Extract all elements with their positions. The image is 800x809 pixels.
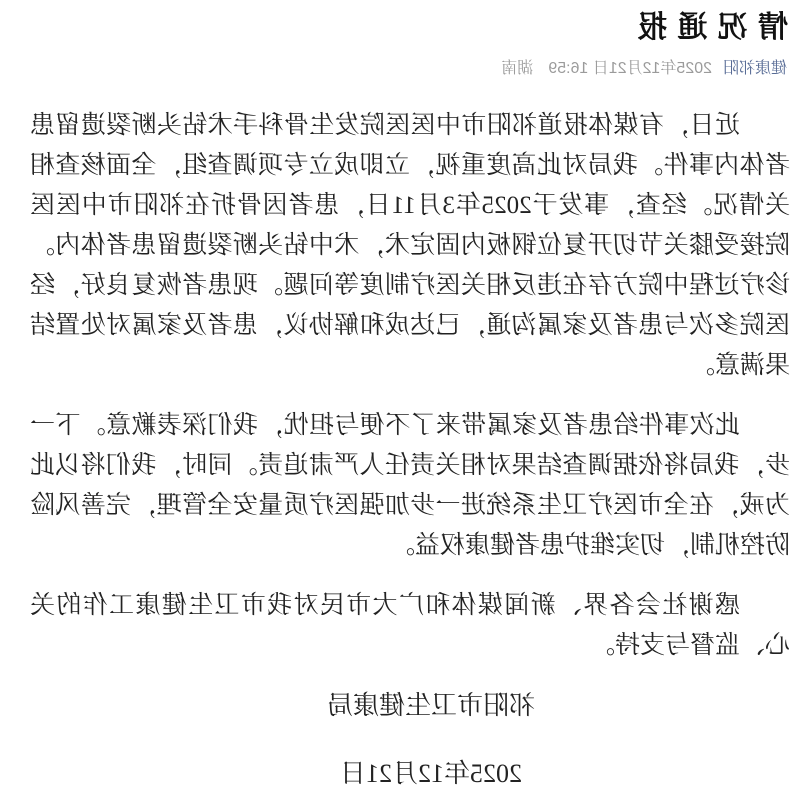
article-paragraph: 感谢社会各界、新闻媒体和广大市民对我市卫生健康工作的关心、监督与支持。 [30, 586, 790, 666]
issuing-authority: 祁阳市卫生健康局 [51, 686, 800, 726]
account-name-link[interactable]: 健康祁阳 [723, 58, 787, 80]
page-title: 情 况 通 报 [30, 10, 788, 46]
issue-date: 2025年12月21日 [51, 754, 800, 794]
article-meta: 健康祁阳 2025年12月21日 16:59 湖南 [30, 58, 787, 80]
article-paragraph: 此次事件给患者及家属带来了不便与担忧，我们深表歉意。下一步，我局将依据调查结果对… [30, 406, 790, 566]
publish-location: 湖南 [501, 58, 533, 80]
publish-datetime: 2025年12月21日 16:59 [548, 58, 712, 80]
article-page: 情 况 通 报 健康祁阳 2025年12月21日 16:59 湖南 近日，有媒体… [0, 0, 800, 794]
signature-block: 祁阳市卫生健康局 2025年12月21日 [51, 686, 800, 794]
article-body: 近日，有媒体报道祁阳市中医医院发生骨科手术钻头断裂遗留患者体内事件。我局对此高度… [30, 106, 790, 666]
mirrored-page: 情 况 通 报 健康祁阳 2025年12月21日 16:59 湖南 近日，有媒体… [0, 0, 800, 809]
article-paragraph: 近日，有媒体报道祁阳市中医医院发生骨科手术钻头断裂遗留患者体内事件。我局对此高度… [30, 106, 790, 386]
